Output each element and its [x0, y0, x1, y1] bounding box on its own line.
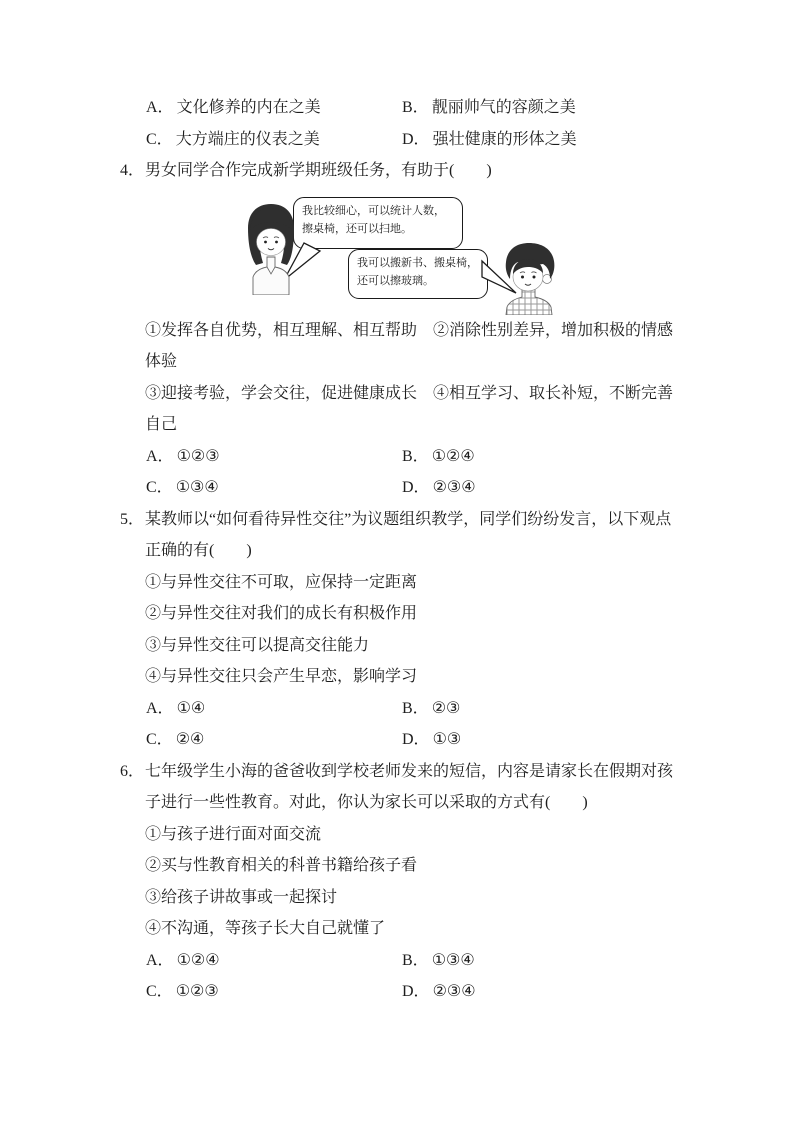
bubble-text-line: 还可以擦玻璃。	[357, 272, 479, 291]
option-letter: B．	[402, 952, 429, 969]
option-letter: C．	[146, 131, 173, 148]
option-text: ②③④	[433, 479, 476, 496]
q4-option-d: D．②③④	[402, 472, 476, 504]
q5-options-row-ab: A．①④ B．②③	[120, 693, 677, 725]
boy-student-figure	[498, 241, 560, 315]
q4-statement-line-1: ①发挥各自优势，相互理解、相互帮助 ②消除性别差异，增加积极的情感	[120, 315, 677, 347]
q5-statement-2: ②与异性交往对我们的成长有积极作用	[120, 598, 677, 630]
option-text: ①③	[433, 731, 462, 748]
q4-options-row-ab: A．①②③ B．①②④	[120, 441, 677, 473]
q4-illustration: 我比较细心，可以统计人数， 擦桌椅，还可以扫地。 我可以搬新书、搬桌椅， 还可以…	[120, 187, 677, 315]
q4-statement-line-3: ③迎接考验，学会交往，促进健康成长 ④相互学习、取长补短，不断完善	[120, 378, 677, 410]
option-letter: D．	[402, 479, 430, 496]
q5-statement-3: ③与异性交往可以提高交往能力	[120, 630, 677, 662]
q6-stem-line-2: 子进行一些性教育。对此，你认为家长可以采取的方式有( )	[120, 787, 677, 819]
q6-option-c: C．①②③	[146, 983, 219, 1000]
question-number: 4．	[120, 155, 144, 187]
option-text: ②③④	[433, 983, 476, 1000]
option-text: ②④	[176, 731, 205, 748]
q6-options-row-cd: C．①②③ D．②③④	[120, 976, 677, 1008]
option-letter: B．	[402, 99, 429, 116]
option-text: ①②③	[176, 983, 219, 1000]
q5-statement-4: ④与异性交往只会产生早恋，影响学习	[120, 661, 677, 693]
option-letter: B．	[402, 448, 429, 465]
q3-option-d: D．强壮健康的形体之美	[402, 124, 577, 156]
option-text: ①④	[177, 700, 206, 717]
question-stem-text: 七年级学生小海的爸爸收到学校老师发来的短信，内容是请家长在假期对孩	[145, 763, 673, 780]
option-text: 大方端庄的仪表之美	[176, 131, 320, 148]
q3-option-a: A．文化修养的内在之美	[146, 99, 321, 116]
question-number: 6．	[120, 756, 144, 788]
option-letter: D．	[402, 131, 430, 148]
q5-statement-1: ①与异性交往不可取，应保持一定距离	[120, 567, 677, 599]
option-letter: D．	[402, 731, 430, 748]
q4-statement-line-2: 体验	[120, 346, 677, 378]
girl-student-figure	[242, 201, 300, 295]
exam-page: A．文化修养的内在之美 B．靓丽帅气的容颜之美 C．大方端庄的仪表之美 D．强壮…	[0, 0, 793, 1122]
q6-statement-4: ④不沟通，等孩子长大自己就懂了	[120, 913, 677, 945]
option-text: ①②③	[177, 448, 220, 465]
q6-stem: 6． 七年级学生小海的爸爸收到学校老师发来的短信，内容是请家长在假期对孩	[120, 756, 677, 788]
option-letter: C．	[146, 479, 173, 496]
option-letter: C．	[146, 731, 173, 748]
q5-option-a: A．①④	[146, 700, 205, 717]
option-text: ①②④	[177, 952, 220, 969]
option-text: ①③④	[432, 952, 475, 969]
option-letter: A．	[146, 99, 174, 116]
q5-options-row-cd: C．②④ D．①③	[120, 724, 677, 756]
q4-option-c: C．①③④	[146, 479, 219, 496]
speech-bubble-boy: 我可以搬新书、搬桌椅， 还可以擦玻璃。	[348, 249, 488, 299]
option-letter: A．	[146, 700, 174, 717]
q5-option-c: C．②④	[146, 731, 204, 748]
question-stem-text: 男女同学合作完成新学期班级任务，有助于( )	[145, 162, 492, 179]
option-text: ①③④	[176, 479, 219, 496]
q6-option-a: A．①②④	[146, 952, 220, 969]
q6-option-b: B．①③④	[402, 945, 475, 977]
option-letter: A．	[146, 448, 174, 465]
option-letter: D．	[402, 983, 430, 1000]
bubble-text-line: 我可以搬新书、搬桌椅，	[357, 254, 479, 273]
speech-bubble-girl: 我比较细心，可以统计人数， 擦桌椅，还可以扫地。	[293, 197, 463, 249]
q6-statement-1: ①与孩子进行面对面交流	[120, 819, 677, 851]
q4-statement-line-4: 自己	[120, 409, 677, 441]
q5-option-d: D．①③	[402, 724, 461, 756]
bubble-text-line: 擦桌椅，还可以扫地。	[302, 220, 454, 239]
option-text: ①②④	[432, 448, 475, 465]
q4-option-a: A．①②③	[146, 448, 220, 465]
option-text: 强壮健康的形体之美	[433, 131, 577, 148]
q6-options-row-ab: A．①②④ B．①③④	[120, 945, 677, 977]
q3-options-row-ab: A．文化修养的内在之美 B．靓丽帅气的容颜之美	[120, 92, 677, 124]
q6-statement-2: ②买与性教育相关的科普书籍给孩子看	[120, 850, 677, 882]
q3-option-c: C．大方端庄的仪表之美	[146, 131, 320, 148]
q6-option-d: D．②③④	[402, 976, 476, 1008]
option-letter: A．	[146, 952, 174, 969]
option-text: 靓丽帅气的容颜之美	[432, 99, 576, 116]
question-stem-text: 某教师以“如何看待异性交往”为议题组织教学，同学们纷纷发言，以下观点	[145, 511, 671, 528]
q6-statement-3: ③给孩子讲故事或一起探讨	[120, 882, 677, 914]
q4-options-row-cd: C．①③④ D．②③④	[120, 472, 677, 504]
q3-option-b: B．靓丽帅气的容颜之美	[402, 92, 576, 124]
q4-stem: 4． 男女同学合作完成新学期班级任务，有助于( )	[120, 155, 677, 187]
exam-body: A．文化修养的内在之美 B．靓丽帅气的容颜之美 C．大方端庄的仪表之美 D．强壮…	[120, 92, 677, 1008]
q3-options-row-cd: C．大方端庄的仪表之美 D．强壮健康的形体之美	[120, 124, 677, 156]
q5-stem: 5． 某教师以“如何看待异性交往”为议题组织教学，同学们纷纷发言，以下观点	[120, 504, 677, 536]
question-number: 5．	[120, 504, 144, 536]
option-text: ②③	[432, 700, 461, 717]
q5-stem-line-2: 正确的有( )	[120, 535, 677, 567]
option-letter: B．	[402, 700, 429, 717]
option-letter: C．	[146, 983, 173, 1000]
option-text: 文化修养的内在之美	[177, 99, 321, 116]
q4-option-b: B．①②④	[402, 441, 475, 473]
bubble-text-line: 我比较细心，可以统计人数，	[302, 202, 454, 221]
q5-option-b: B．②③	[402, 693, 460, 725]
